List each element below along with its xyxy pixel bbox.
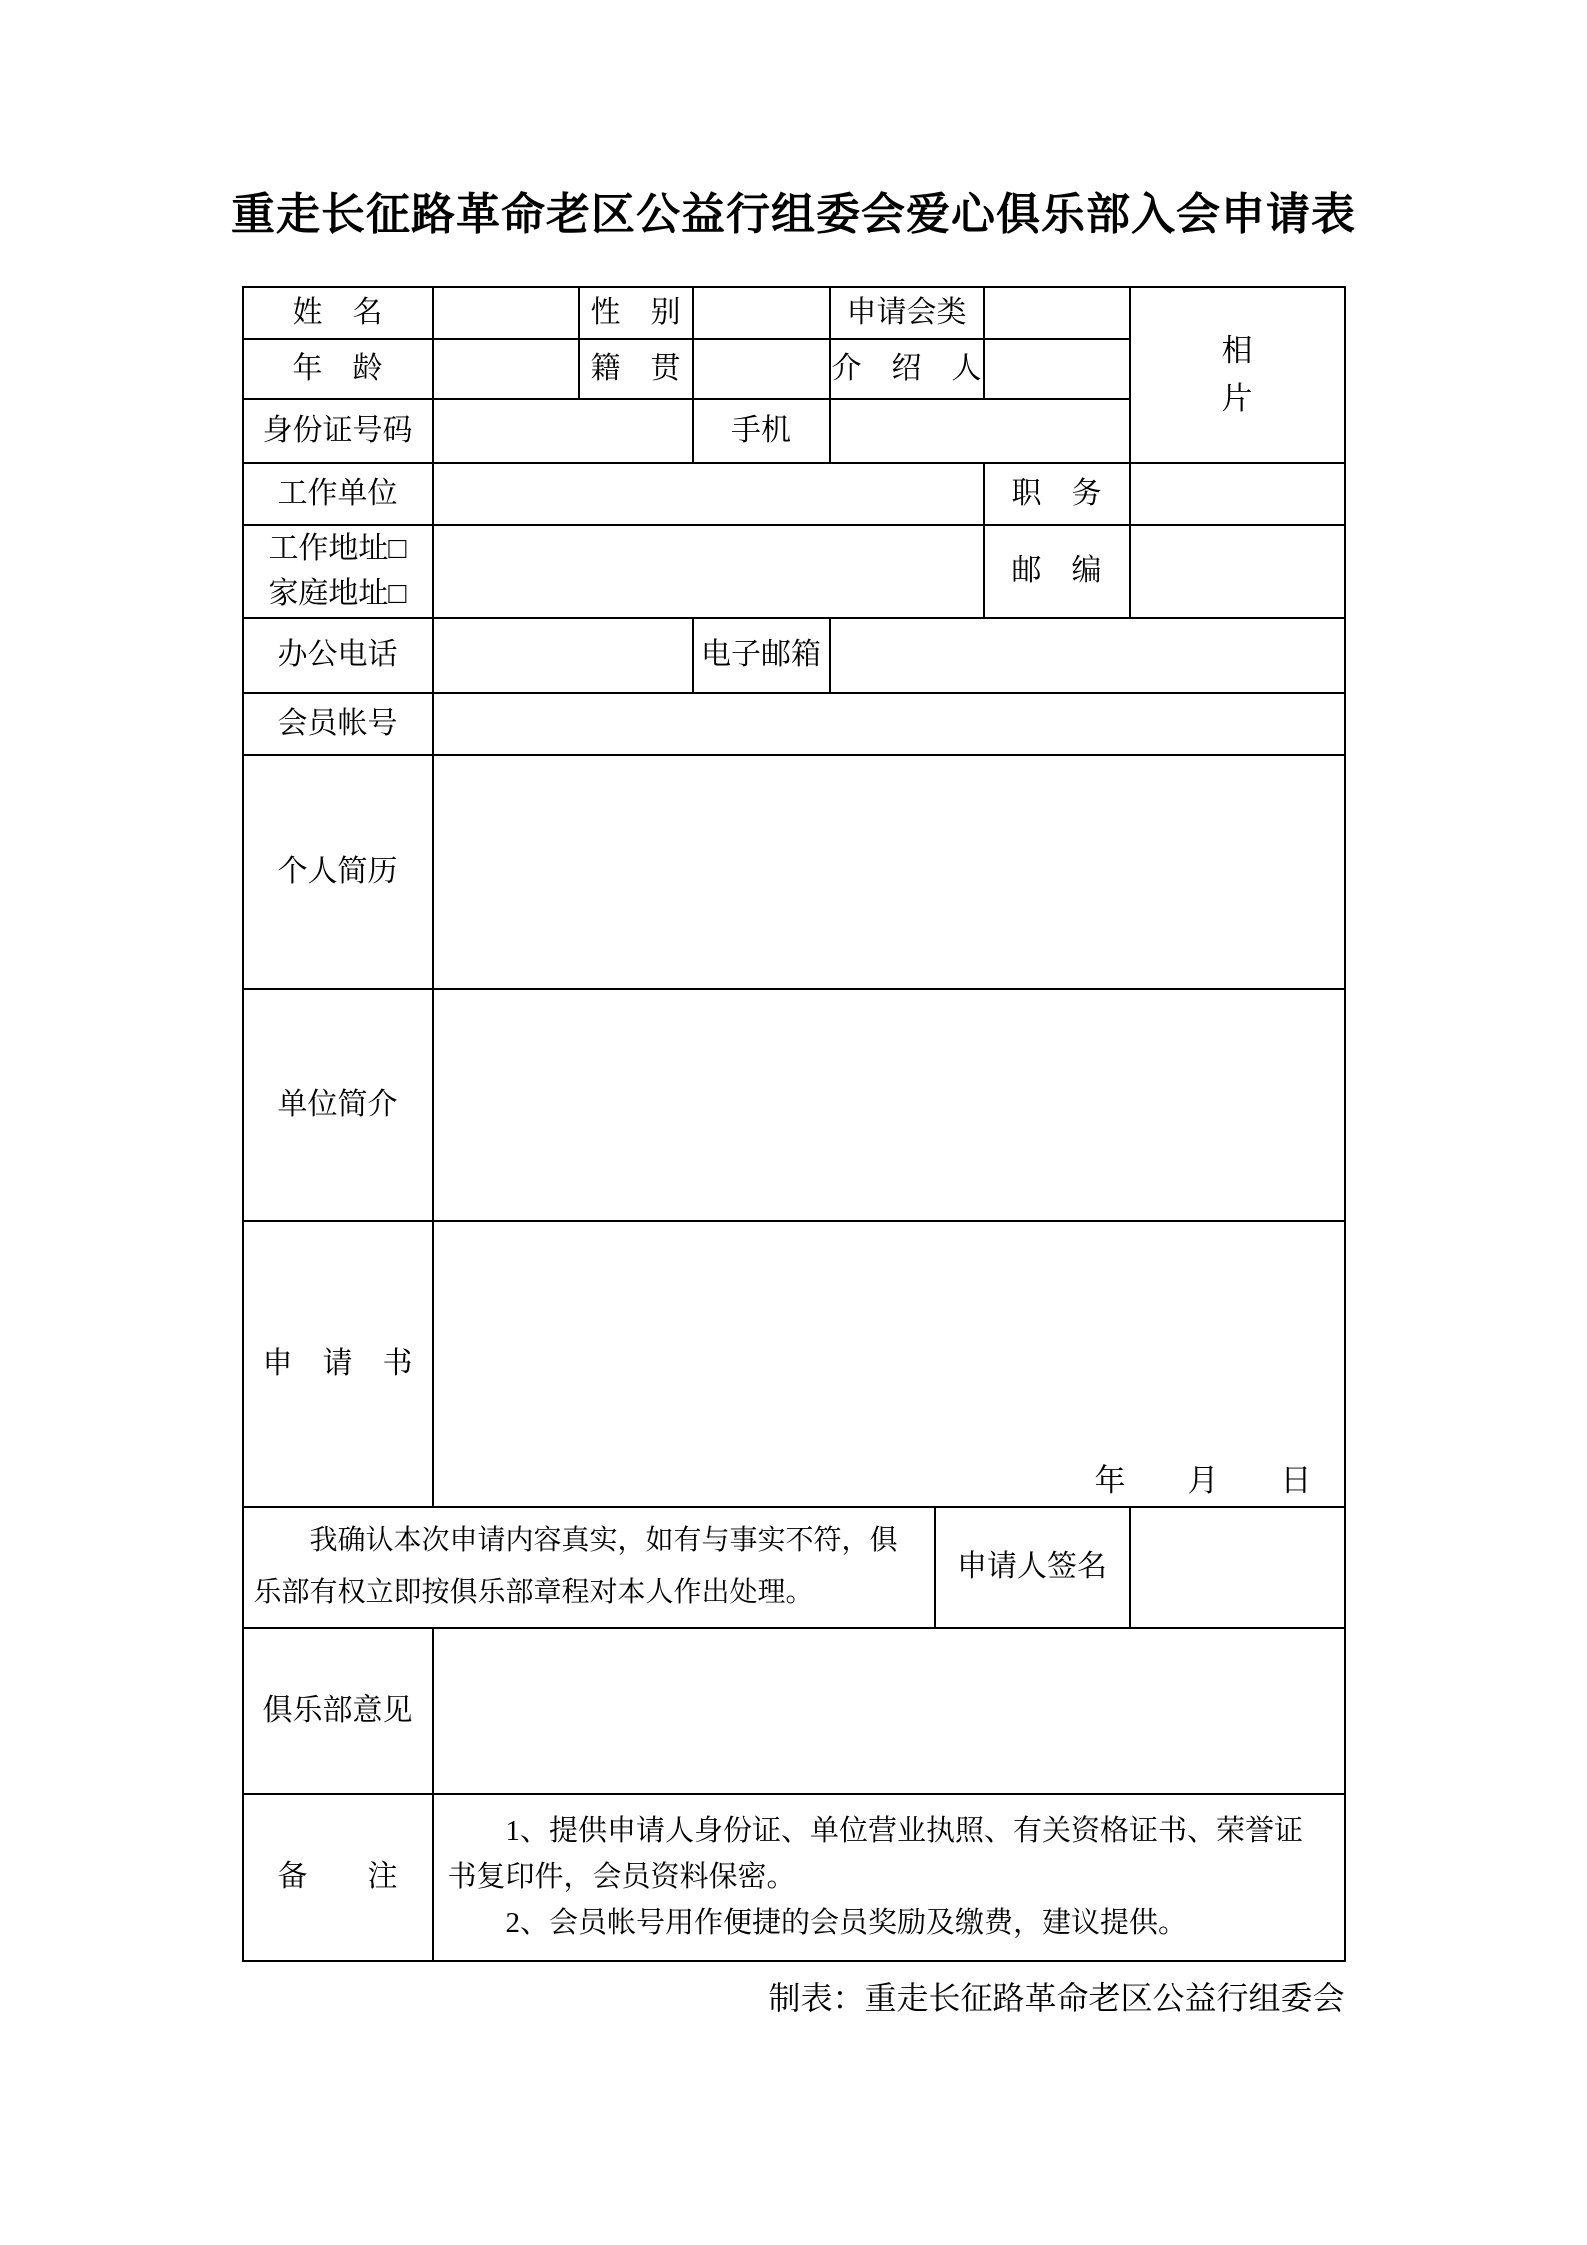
application-letter-label: 申 请 书 [244, 1222, 434, 1508]
photo-box: 相片 [1131, 288, 1346, 464]
home-address-label: 家庭地址□ [268, 571, 406, 616]
address-label: 工作地址□ 家庭地址□ [244, 526, 434, 619]
photo-label: 相片 [1220, 327, 1254, 423]
remarks-label: 备 注 [244, 1795, 434, 1962]
unit-profile-label: 单位简介 [244, 990, 434, 1222]
date-line: 年 月 日 [1095, 1462, 1312, 1499]
application-form-page: 重走长征路革命老区公益行组委会爱心俱乐部入会申请表 姓 名 性 别 申请会类 相… [0, 0, 1587, 2245]
native-place-value-cell[interactable] [694, 340, 831, 400]
confirmation-statement: 我确认本次申请内容真实，如有与事实不符，俱乐部有权立即按俱乐部章程对本人作出处理… [244, 1508, 936, 1629]
office-phone-value-cell[interactable] [434, 619, 694, 694]
name-label: 姓 名 [244, 288, 434, 340]
application-table: 姓 名 性 别 申请会类 相片 年 龄 籍 贯 介 绍 人 身份证号码 手机 工… [242, 286, 1346, 1962]
native-place-label: 籍 贯 [580, 340, 694, 400]
age-label: 年 龄 [244, 340, 434, 400]
application-letter-value-cell[interactable]: 年 月 日 [434, 1222, 1346, 1508]
gender-value-cell[interactable] [694, 288, 831, 340]
work-address-label: 工作地址□ [268, 526, 406, 571]
address-value-cell[interactable] [434, 526, 985, 619]
confirmation-text: 我确认本次申请内容真实，如有与事实不符，俱乐部有权立即按俱乐部章程对本人作出处理… [254, 1515, 922, 1619]
introducer-value-cell[interactable] [985, 340, 1131, 400]
member-category-label: 申请会类 [831, 288, 985, 340]
remark-item-1: 1、提供申请人身份证、单位营业执照、有关资格证书、荣誉证书复印件，会员资料保密。 [448, 1808, 1322, 1901]
introducer-label: 介 绍 人 [831, 340, 985, 400]
club-opinion-value-cell[interactable] [434, 1629, 1346, 1795]
mobile-value-cell[interactable] [831, 400, 1131, 464]
applicant-signature-label: 申请人签名 [936, 1508, 1131, 1629]
office-phone-label: 办公电话 [244, 619, 434, 694]
id-number-value-cell[interactable] [434, 400, 694, 464]
applicant-signature-value-cell[interactable] [1131, 1508, 1346, 1629]
postal-code-value-cell[interactable] [1131, 526, 1346, 619]
page-title: 重走长征路革命老区公益行组委会爱心俱乐部入会申请表 [194, 0, 1394, 246]
club-opinion-label: 俱乐部意见 [244, 1629, 434, 1795]
personal-resume-label: 个人简历 [244, 756, 434, 990]
age-value-cell[interactable] [434, 340, 580, 400]
postal-code-label: 邮 编 [985, 526, 1131, 619]
email-value-cell[interactable] [831, 619, 1346, 694]
remark-item-2: 2、会员帐号用作便捷的会员奖励及缴费，建议提供。 [448, 1900, 1322, 1946]
remarks-content: 1、提供申请人身份证、单位营业执照、有关资格证书、荣誉证书复印件，会员资料保密。… [434, 1795, 1346, 1962]
mobile-label: 手机 [694, 400, 831, 464]
personal-resume-value-cell[interactable] [434, 756, 1346, 990]
gender-label: 性 别 [580, 288, 694, 340]
work-unit-label: 工作单位 [244, 464, 434, 526]
position-value-cell[interactable] [1131, 464, 1346, 526]
name-value-cell[interactable] [434, 288, 580, 340]
position-label: 职 务 [985, 464, 1131, 526]
unit-profile-value-cell[interactable] [434, 990, 1346, 1222]
email-label: 电子邮箱 [694, 619, 831, 694]
work-unit-value-cell[interactable] [434, 464, 985, 526]
member-account-value-cell[interactable] [434, 694, 1346, 756]
member-category-value-cell[interactable] [985, 288, 1131, 340]
member-account-label: 会员帐号 [244, 694, 434, 756]
id-number-label: 身份证号码 [244, 400, 434, 464]
form-footer: 制表：重走长征路革命老区公益行组委会 [243, 1978, 1345, 2020]
